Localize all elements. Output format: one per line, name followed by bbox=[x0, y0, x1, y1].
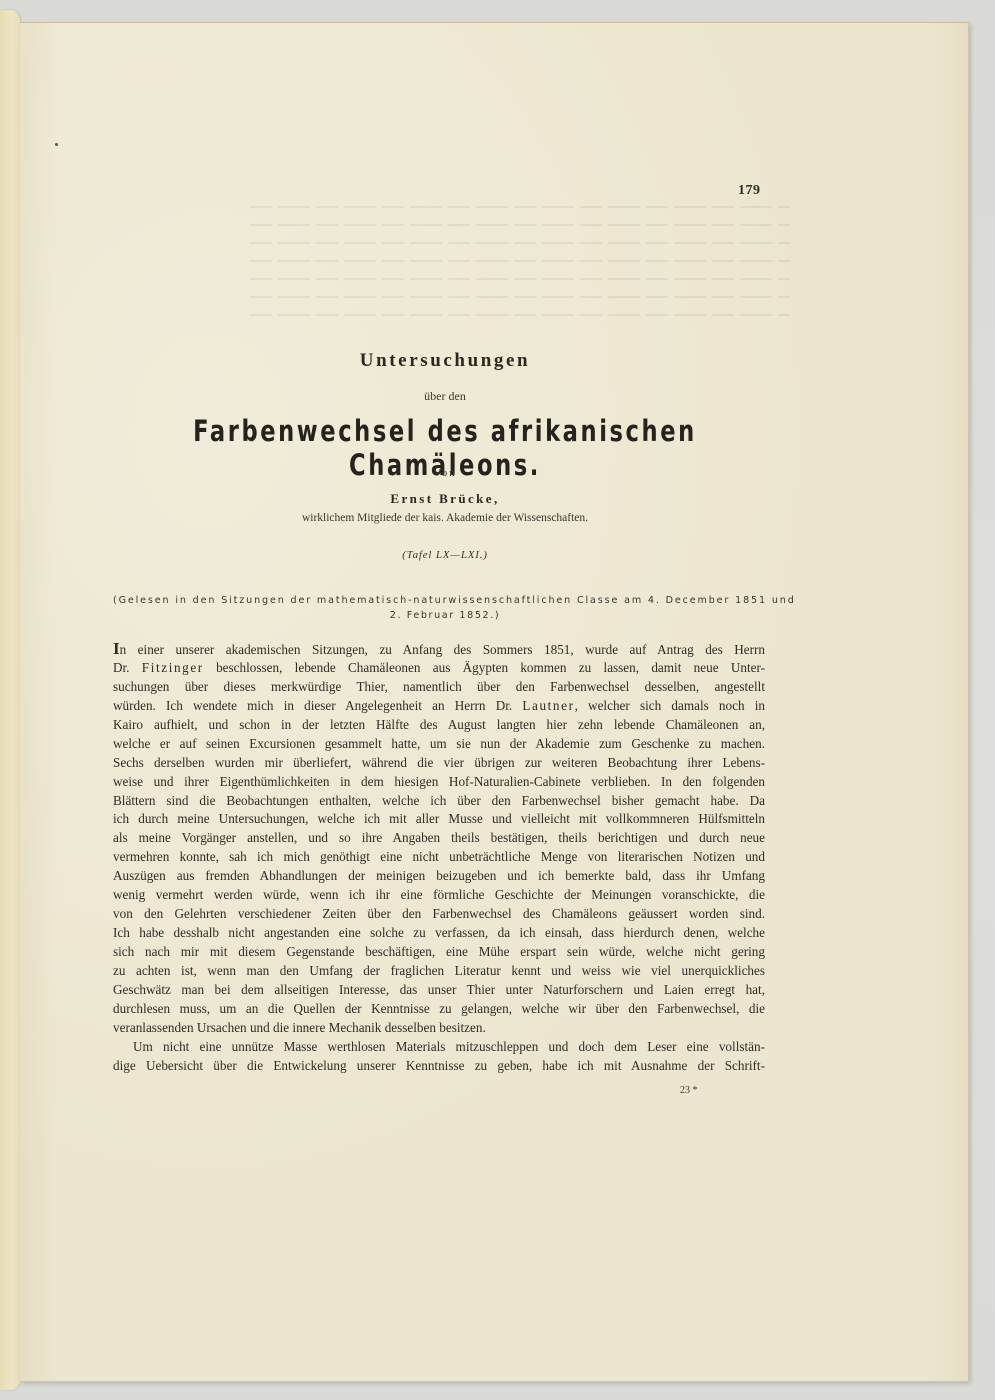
book-binding-edge bbox=[0, 10, 20, 1390]
body-line: würden. Ich wendete mich in dieser Angel… bbox=[113, 697, 765, 716]
body-line: Dr. Fitzinger beschlossen, lebende Chamä… bbox=[113, 659, 765, 678]
plate-reference: (Tafel LX—LXI.) bbox=[110, 549, 780, 561]
body-line: durchlesen muss, um an die Quellen der K… bbox=[113, 1000, 765, 1019]
body-line: vermehren konnte, sah ich mich genöthigt… bbox=[113, 848, 765, 867]
reading-note-line-2: 2. Februar 1852.) bbox=[113, 608, 777, 623]
body-line: welche er auf seinen Excursionen gesamme… bbox=[113, 735, 765, 754]
initial-letter: I bbox=[113, 639, 120, 658]
body-line: dige Uebersicht über die Entwickelung un… bbox=[113, 1057, 765, 1076]
body-line: als meine Vorgänger anstellen, und so ih… bbox=[113, 829, 765, 848]
reverse-side-show-through bbox=[250, 206, 790, 356]
body-line: sich nach mir mit diesem Gegenstande bes… bbox=[113, 943, 765, 962]
body-line: Sechs derselben wurden mir überliefert, … bbox=[113, 754, 765, 773]
reading-session-note: (Gelesen in den Sitzungen der mathematis… bbox=[113, 593, 777, 623]
body-line: Ich habe desshalb nicht angestanden eine… bbox=[113, 924, 765, 943]
body-line-paragraph-end: veranlassenden Ursachen und die innere M… bbox=[113, 1019, 765, 1038]
body-line: Auszügen aus fremden Abhandlungen der me… bbox=[113, 867, 765, 886]
body-line: Geschwätz man bei dem allseitigen Intere… bbox=[113, 981, 765, 1000]
body-line: wenig vermehrt werden würde, wenn ich ih… bbox=[113, 886, 765, 905]
body-line: zu achten ist, wenn man den Umfang der f… bbox=[113, 962, 765, 981]
page-number: 179 bbox=[738, 183, 761, 199]
printer-signature-mark: 23 * bbox=[680, 1085, 698, 1096]
body-text: In einer unserer akademischen Sitzungen,… bbox=[113, 640, 765, 1076]
body-line: von den Gelehrten verschiedener Zeiten ü… bbox=[113, 905, 765, 924]
title-connector: über den bbox=[110, 389, 780, 404]
person-name: Lautner bbox=[522, 698, 574, 713]
body-line: Blättern sind die Beobachtungen enthalte… bbox=[113, 792, 765, 811]
paper-speck bbox=[55, 143, 58, 146]
title-heading-top: Untersuchungen bbox=[110, 350, 780, 372]
body-line: weise und ihrer Eigenthümlichkeiten in d… bbox=[113, 773, 765, 792]
by-line: Von bbox=[110, 467, 780, 479]
body-line: ich durch meine Untersuchungen, welche i… bbox=[113, 810, 765, 829]
body-line-paragraph-start: Um nicht eine unnütze Masse werthlosen M… bbox=[113, 1038, 765, 1057]
author-affiliation: wirklichem Mitgliede der kais. Akademie … bbox=[110, 512, 780, 524]
body-line: Kairo aufhielt, und schon in der letzten… bbox=[113, 716, 765, 735]
author-name: Ernst Brücke, bbox=[110, 491, 780, 507]
person-name: Fitzinger bbox=[142, 660, 204, 675]
body-line: suchungen über dieses merkwürdige Thier,… bbox=[113, 678, 765, 697]
body-line: In einer unserer akademischen Sitzungen,… bbox=[113, 640, 765, 659]
reading-note-line-1: (Gelesen in den Sitzungen der mathematis… bbox=[113, 593, 777, 608]
